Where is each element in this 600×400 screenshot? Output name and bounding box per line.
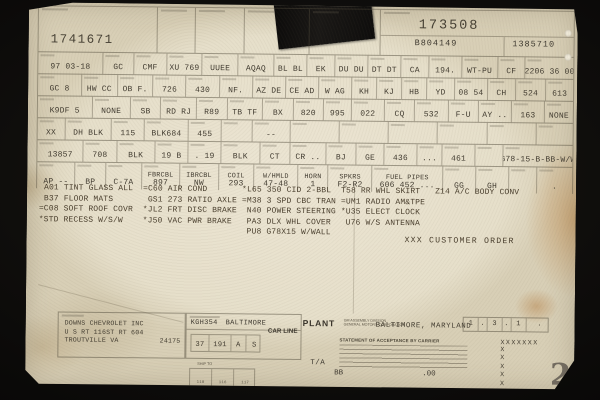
grid-cell: WT-PU: [461, 57, 497, 78]
bb-code: BB: [334, 369, 343, 377]
options-list: A01 TINT GLASS ALL =C60 AIR COND *L65 35…: [39, 183, 520, 241]
grid-cell: AY ..: [478, 101, 511, 122]
header-cell: [244, 8, 310, 54]
grid-cell: 022: [351, 100, 384, 121]
ship-to-label: SHIP TO: [197, 362, 212, 366]
grid-cell: 163: [511, 101, 544, 122]
grid-cell: BLK: [116, 141, 155, 162]
amount-value: .00: [422, 370, 436, 378]
grid-cell: .: [525, 318, 552, 331]
grid-cell: BLK: [221, 142, 260, 163]
grid-cell: [339, 121, 388, 143]
grid-cell: GC 8: [38, 74, 81, 95]
grid-cell: DT DT: [367, 56, 400, 77]
grid-cell: 1: [464, 318, 478, 331]
photo-background: 1741671 173508 B804149 1385710 97 03-18G…: [0, 0, 600, 400]
dealer-zip: 24175: [160, 338, 181, 347]
grid-cell: KH: [351, 78, 376, 99]
small-number-boxes: 110116117: [189, 368, 255, 389]
grid-cell: KJ: [376, 78, 401, 99]
header-cell: [195, 8, 245, 54]
dealer-city: TROUTVILLE VA: [64, 337, 118, 346]
grid-cell: . 19: [187, 142, 220, 163]
grid-cell: [437, 122, 486, 144]
grid-cell: 995: [323, 99, 351, 120]
order-code-box: KGH354 BALTIMORE CAR LINE 37191AS: [185, 313, 301, 360]
grid-cell: OB F.: [117, 75, 153, 96]
grid-cell: W AG: [318, 77, 351, 98]
order-number: B804149: [380, 36, 503, 56]
grid-cell: TB TF: [226, 98, 262, 119]
grid-cell: EK: [306, 55, 334, 76]
header-cell: [309, 9, 380, 55]
customer-order-note: XXX CUSTOMER ORDER: [404, 236, 514, 246]
grid-cell: K9DF 5: [38, 96, 92, 118]
x-marks-top: XXXXXXX: [500, 339, 560, 347]
grid-cell: CT: [259, 143, 290, 164]
grid-cell: NF.: [219, 76, 252, 97]
grid-cell: YD: [426, 78, 454, 99]
grid-cell: DU DU: [334, 55, 367, 76]
dealer-address-box: DOWNS CHEVROLET INC U S RT 116ST RT 604 …: [57, 311, 185, 358]
page-number-stamp: 2: [550, 358, 571, 393]
paper-crease: [353, 184, 355, 314]
grid-cell: [486, 123, 535, 145]
grid-cell: R89: [196, 98, 227, 119]
grid-cell: 708: [83, 141, 116, 162]
grid-cell: 110: [190, 369, 211, 387]
order-city: BALTIMORE: [226, 319, 267, 327]
grid-cell: XX: [38, 118, 65, 139]
grid-cell: 19 B: [154, 141, 187, 162]
grid-cell: CA: [400, 56, 428, 77]
grid-cell: 436: [383, 144, 416, 165]
grid-cell: CQ: [384, 100, 415, 121]
dealer-city-line: TROUTVILLE VA 24175: [64, 337, 180, 347]
grid-cell: 117: [233, 369, 256, 387]
grid-cell: .: [502, 318, 511, 331]
grid-cell: 430: [185, 76, 218, 97]
grid-cell: CE AD: [285, 77, 318, 98]
grid-cell: .: [536, 167, 573, 193]
car-line-cells: 37191AS: [190, 334, 260, 353]
punch-hole: [565, 30, 572, 37]
grid-cell: [535, 123, 572, 144]
form-header-band: 1741671 173508 B804149 1385710: [39, 6, 574, 57]
order-number-row: B804149 1385710: [380, 35, 573, 57]
grid-cell: GE: [356, 144, 384, 165]
grid-cell: 191: [208, 335, 230, 351]
ta-code: T/A: [310, 359, 325, 367]
grid-cell: 37: [191, 335, 208, 351]
grid-cell: 820: [293, 99, 324, 120]
grid-cell: HW CC: [81, 75, 117, 96]
grid-cell: 613: [545, 80, 573, 101]
grid-cell: .: [478, 318, 487, 331]
punch-hole: [564, 54, 571, 61]
grid-cell: BLK684: [144, 119, 188, 140]
grid-cell: NONE: [544, 102, 573, 123]
order-code: KGH354: [191, 319, 218, 327]
grid-cell: F-U: [447, 101, 478, 122]
grid-cell: RD RJ: [160, 98, 196, 119]
grid-cell: AQAQ: [237, 54, 273, 75]
grid-cell: XU 769: [166, 54, 202, 75]
grid-cell: DH BLK: [64, 119, 111, 140]
grid-cell: 97 03-18: [38, 52, 102, 74]
grid-cell: GC: [102, 53, 133, 74]
grid-cell: --: [251, 120, 290, 141]
grid-cell: 08 54: [454, 79, 487, 100]
grid-cell: A: [230, 335, 245, 351]
grid-cell: BL BL: [273, 55, 306, 76]
digit-boxes: 1.3.1.: [463, 317, 549, 333]
grid-cell: [290, 121, 339, 143]
grid-cell: [388, 122, 437, 144]
grid-cell: S: [245, 335, 262, 351]
grid-cell: 455: [188, 120, 221, 141]
grid-cell: 461: [441, 144, 474, 165]
body-number: 173508: [381, 10, 574, 35]
carrier-statement-fine-print: [339, 344, 467, 369]
grid-cell: 116: [211, 369, 233, 387]
grid-cell: CMF: [133, 53, 166, 74]
grid-cell: CF: [497, 57, 525, 78]
header-cell: [156, 7, 195, 52]
grid-cell: 1: [510, 318, 525, 331]
grid-cell: CR ..: [289, 143, 325, 164]
build-sheet-paper: 1741671 173508 B804149 1385710 97 03-18G…: [25, 2, 578, 391]
grid-cell: ...: [416, 144, 441, 165]
grid-cell: HB: [401, 78, 426, 99]
grid-cell: CH: [487, 79, 515, 100]
form-grid: 1741671 173508 B804149 1385710 97 03-18G…: [36, 5, 575, 194]
grid-cell: BX: [262, 99, 293, 120]
plant-label: PLANT: [303, 318, 335, 328]
grid-cell: 194.: [428, 56, 461, 77]
grid-cell: G78-15-B-BB-W/W: [502, 145, 572, 167]
grid-cell: 726: [152, 75, 185, 96]
grid-cell: 3: [486, 318, 501, 331]
plant-location: BALTIMORE, MARYLAND: [376, 322, 472, 331]
grid-cell: AZ DE: [252, 76, 285, 97]
grid-cell: BJ: [325, 143, 356, 164]
shipper-number: 1385710: [503, 37, 555, 57]
grid-cell: 524: [515, 79, 546, 100]
carrier-statement-box: STATEMENT OF ACCEPTANCE BY CARRIER: [339, 337, 511, 370]
sequence-number: 1741671: [51, 32, 114, 47]
grid-cell: UUEE: [202, 54, 238, 75]
shipping-section: DOWNS CHEVROLET INC U S RT 116ST RT 604 …: [34, 308, 570, 390]
sequence-number-cell: 1741671: [39, 6, 157, 52]
carrier-statement-title: STATEMENT OF ACCEPTANCE BY CARRIER: [339, 337, 511, 344]
grid-cell: [221, 120, 252, 141]
x-marks-bottom: XXXXXX: [500, 388, 560, 396]
grid-cell: 532: [414, 100, 447, 121]
grid-cell: 115: [111, 119, 144, 140]
grid-cell: 13857: [37, 140, 83, 161]
car-line-label: CAR LINE: [268, 328, 298, 335]
grid-cell: NONE: [91, 97, 130, 118]
grid-cell: SB: [130, 97, 161, 118]
grid-cell: [475, 145, 503, 166]
body-number-cell: 173508 B804149 1385710: [379, 10, 573, 57]
